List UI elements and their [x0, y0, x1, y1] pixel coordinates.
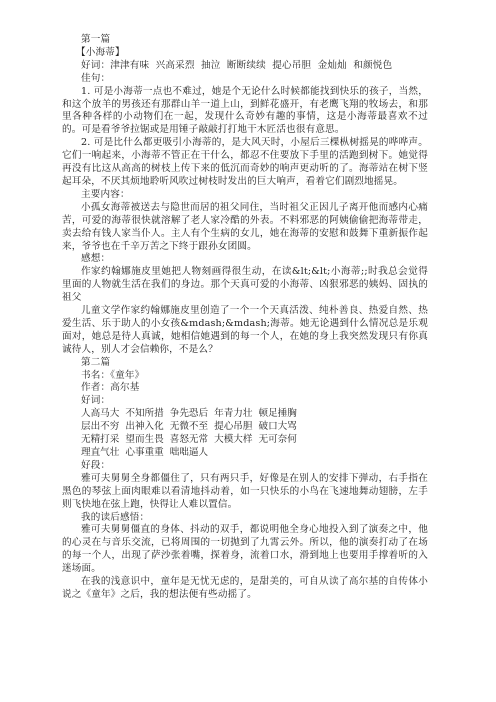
word: 无精打采	[81, 434, 119, 445]
thoughts-label: 感想：	[62, 253, 428, 266]
summary-text: 小孤女海蒂被送去与隐世而居的祖父同住，当时祖父正因儿子离开他而感内心痛苦，可爱的…	[62, 202, 428, 254]
words-row: 人高马大不知所措争先恐后年青力壮顿足捶胸	[81, 408, 428, 421]
word: 大模大样	[214, 434, 252, 445]
word: 理直气壮	[81, 447, 119, 458]
part1-title: 【小海蒂】	[62, 47, 428, 60]
word: 望而生畏	[125, 434, 163, 445]
word: 不知所措	[125, 408, 163, 419]
word: 破口大骂	[259, 421, 297, 432]
word: 人高马大	[81, 408, 119, 419]
words-row: 理直气壮心事重重咄咄逼人	[81, 447, 428, 460]
word: 年青力壮	[214, 408, 252, 419]
good-words-text: 津津有味 兴高采烈 抽泣 断断续续 提心吊胆 金灿灿 和颜悦色	[110, 60, 392, 71]
word: 层出不穷	[81, 421, 119, 432]
good-sentences-label: 佳句：	[62, 73, 428, 86]
good-words-grid: 人高马大不知所措争先恐后年青力壮顿足捶胸 层出不穷出神入化无微不至提心吊胆破口大…	[62, 408, 428, 460]
part2-good-words-label: 好词：	[62, 395, 428, 408]
part1-good-words: 好词：津津有味 兴高采烈 抽泣 断断续续 提心吊胆 金灿灿 和颜悦色	[62, 60, 428, 73]
book-name: 书名：《童年》	[62, 370, 428, 383]
reflection-label: 我的读后感悟：	[62, 512, 428, 525]
good-passage-text: 雅可夫舅舅全身都僵住了，只有两只手，好像是在别人的安排下弹动，右手指在黑色的琴弦…	[62, 473, 428, 512]
part1-heading: 第一篇	[62, 34, 428, 47]
summary-label: 主要内容：	[62, 189, 428, 202]
part2-heading: 第二篇	[62, 357, 428, 370]
reflection-paragraph-1: 雅可夫舅舅僵直的身体、抖动的双手，都说明他全身心地投入到了演奏之中，他的心灵在与…	[62, 524, 428, 576]
word: 争先恐后	[170, 408, 208, 419]
sentence-1: 1. 可是小海蒂一点也不难过，她是个无论什么时候都能找到快乐的孩子，当然，和这个…	[62, 86, 428, 138]
word: 无微不至	[170, 421, 208, 432]
word: 喜怒无常	[170, 434, 208, 445]
word: 咄咄逼人	[170, 447, 208, 458]
book-author: 作者：高尔基	[62, 382, 428, 395]
reflection-paragraph-2: 在我的浅意识中，童年是无忧无虑的，是甜美的，可自从读了高尔基的自传体小说之《童年…	[62, 576, 428, 602]
word: 心事重重	[125, 447, 163, 458]
good-passage-label: 好段：	[62, 460, 428, 473]
document-page: 第一篇 【小海蒂】 好词：津津有味 兴高采烈 抽泣 断断续续 提心吊胆 金灿灿 …	[62, 30, 428, 602]
thoughts-paragraph-2: 儿童文学作家约翰娜施皮里创造了一个一个天真活泼、纯朴善良、热爱自然、热爱生活、乐…	[62, 305, 428, 357]
sentence-2: 2. 可是比什么都更吸引小海蒂的，是大风天时，小屋后三棵枞树摇晃的哗哗声。它们一…	[62, 137, 428, 189]
word: 顿足捶胸	[259, 408, 297, 419]
word: 出神入化	[125, 421, 163, 432]
word: 无可奈何	[259, 434, 297, 445]
words-row: 无精打采望而生畏喜怒无常大模大样无可奈何	[81, 434, 428, 447]
words-row: 层出不穷出神入化无微不至提心吊胆破口大骂	[81, 421, 428, 434]
good-words-label: 好词：	[81, 60, 110, 71]
thoughts-paragraph-1: 作家约翰娜施皮里她把人物刻画得很生动，在读&lt;&lt;小海蒂;;时我总会觉得…	[62, 266, 428, 305]
word: 提心吊胆	[214, 421, 252, 432]
